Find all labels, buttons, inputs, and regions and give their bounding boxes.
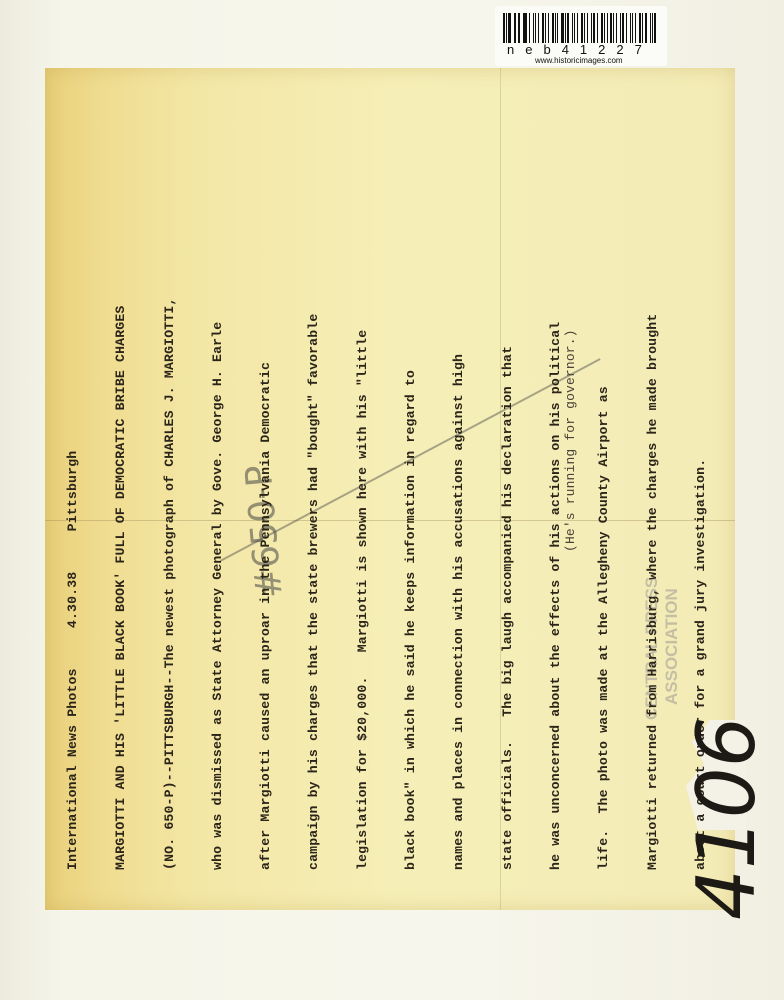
caption-line: black book" in which he said he keeps in… [398,110,446,870]
barcode-url: www.historicimages.com [535,56,623,65]
barcode-label: neb41227 www.historicimages.com [495,6,667,66]
caption-headline: MARGIOTTI AND HIS 'LITTLE BLACK BOOK' FU… [108,110,156,870]
caption-insert-note: (He's running for governor.) [563,329,578,552]
barcode-code: neb41227 [507,42,657,57]
caption-line: state officials. The big laugh accompani… [495,110,543,870]
barcode-bars [503,13,659,43]
caption-text: International News Photos 4.30.38 Pittsb… [60,110,736,870]
caption-line: names and places in connection with his … [446,110,494,870]
caption-line: who was dismissed as State Attorney Gene… [205,110,253,870]
caption-line: life. The photo was made at the Alleghen… [591,110,639,870]
handwritten-number: 4106 [680,716,773,920]
caption-line: after Margiotti caused an uproar in the … [253,110,301,870]
caption-line: International News Photos 4.30.38 Pittsb… [60,110,108,870]
caption-line: (NO. 650-P)--PITTSBURGH--The newest phot… [157,110,205,870]
caption-line: campaign by his charges that the state b… [301,110,349,870]
caption-line: legislation for $20,000. Margiotti is sh… [350,110,398,870]
